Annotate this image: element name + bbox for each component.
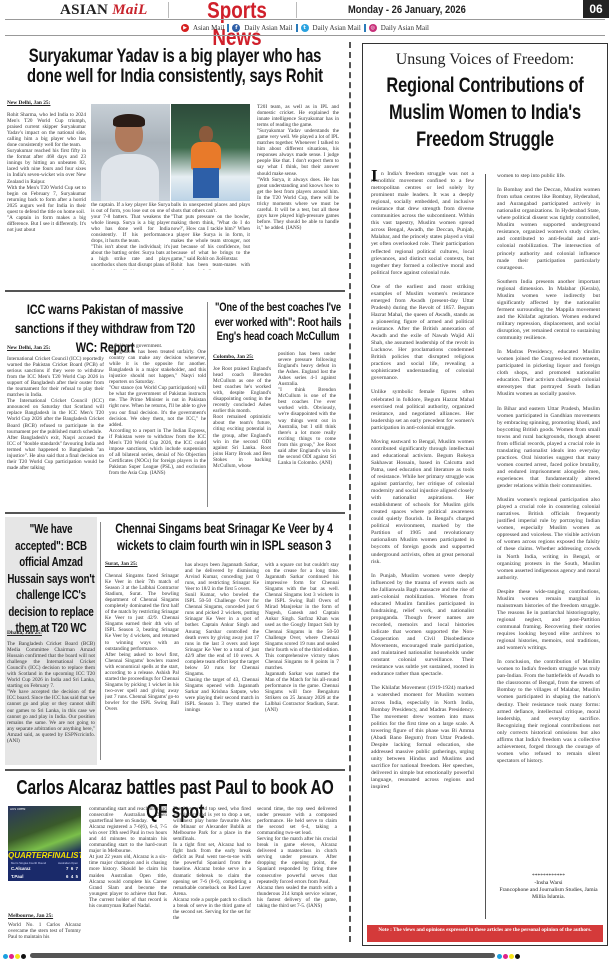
social-link-twitter[interactable]: Daily Asian Mail — [313, 24, 361, 32]
column-separator — [349, 42, 351, 942]
headline: "We have accepted": BCB official Amzad H… — [6, 521, 96, 637]
social-link-facebook[interactable]: Daily Asian Mail — [244, 24, 292, 32]
article-body-col2: the captain. If a key player like Surya … — [91, 202, 170, 270]
article-body-col1: Joe Root praised England's head coach Br… — [213, 366, 271, 494]
article-body: The Bangladesh Cricket Board (BCB) Media… — [7, 641, 95, 761]
article-body-col4: T20I team, as well as in IPL and domesti… — [257, 104, 339, 270]
score-row-alcaraz: C.Alcaraz7 6 7 — [11, 866, 78, 871]
dateline: Colombo, Jan 25: — [213, 354, 254, 360]
dateline: New Delhi, Jan 25: — [7, 345, 50, 351]
facebook-icon: f — [232, 24, 240, 32]
print-registration-marks — [3, 952, 26, 960]
article-body-col2: has always been Jagannath Sarkar, and he… — [185, 562, 259, 759]
article-body-col1: n India's freedom struggle was not a mon… — [371, 171, 474, 921]
article-unsung-voices: Unsung Voices of Freedom: Regional Contr… — [362, 43, 608, 946]
author-name: -Insha Warsi — [497, 880, 600, 886]
scoreboard-title: QUARTERFINALIST — [8, 851, 81, 860]
social-links: ▶Asian Mail fDaily Asian Mail tDaily Asi… — [0, 21, 610, 35]
logo: ASIAN MaiL — [60, 2, 148, 19]
article-body-col1: World No. 1 Carlos Alcaraz overcame the … — [8, 922, 81, 944]
scoreboard-tag: AUS OPEN — [10, 807, 25, 811]
print-registration-marks — [497, 952, 520, 960]
issue-date: Monday - 26 January, 2026 — [348, 4, 459, 16]
social-link-youtube[interactable]: Asian Mail — [193, 24, 224, 32]
photo-alcaraz — [8, 806, 81, 851]
article-bcb: "We have accepted": BCB official Amzad H… — [5, 517, 97, 765]
divider — [296, 2, 297, 18]
masthead: ASIAN MaiL Sports News Monday - 26 Janua… — [0, 0, 610, 40]
score-row-paul: T.Paul6 4 5 — [11, 874, 78, 879]
print-bar — [30, 953, 495, 958]
article-body-col2: position has been under severe pressure … — [278, 351, 336, 494]
youtube-icon: ▶ — [181, 24, 189, 32]
page-number: 06 — [583, 0, 609, 18]
article-body-col3: balls in unexpected places and plays sho… — [171, 202, 250, 270]
article-body-col1: Rohit Sharma, who led India to 2024 Men'… — [7, 112, 86, 238]
kicker: Unsung Voices of Freedom: — [363, 51, 607, 69]
article-surya: Suryakumar Yadav is a big player who has… — [5, 42, 345, 290]
dateline: Melbourne, Jan 25: — [8, 913, 53, 919]
article-body-col2: commanding start and reach his third con… — [89, 806, 167, 944]
dateline: Dhaka, Jan 25: — [7, 630, 42, 636]
article-ispl: Chennai Singams beat Srinagar Ke Veer by… — [103, 517, 345, 767]
separator-stars: ************ — [497, 873, 600, 879]
article-body-col3: The 22-year-old top seed, who fired 35 w… — [173, 806, 251, 944]
article-body-col3: with a square cut but couldn't stay on t… — [265, 562, 339, 759]
dateline: Surat, Jan 25: — [105, 561, 138, 567]
scoreboard-image: AUS OPEN QUARTERFINALIST Men's Singles F… — [8, 806, 81, 881]
headline: "One of the best coaches I've ever worke… — [213, 300, 342, 344]
dateline: New Delhi, Jan 25: — [7, 100, 50, 106]
author-affiliation: Francophone and Journalism Studies, Jami… — [497, 887, 600, 901]
article-body-col2: women to step into public life. In Bomba… — [497, 173, 600, 873]
twitter-icon: t — [301, 24, 309, 32]
article-body-col1: Chennai Singams faced Srinagar Ke Veer i… — [105, 573, 179, 759]
headline: Regional Contributions of Muslim Women t… — [368, 72, 602, 153]
article-body-col2: to Pakistan's government. "Bangladesh ha… — [109, 343, 206, 490]
photo-rohit-sharma — [91, 104, 170, 201]
article-root-mccullum: "One of the best coaches I've ever worke… — [211, 295, 345, 510]
headline: Chennai Singams beat Srinagar Ke Veer by… — [109, 521, 338, 554]
article-icc-pakistan: ICC warns Pakistan of massive sanctions … — [5, 295, 205, 510]
photo-suryakumar-yadav — [171, 104, 250, 201]
social-link-instagram[interactable]: Daily Asian Mail — [381, 24, 429, 32]
article-body-col4: second time, the top seed delivered unde… — [257, 806, 337, 944]
instagram-icon: ◎ — [369, 24, 377, 32]
headline: Suryakumar Yadav is a big player who has… — [19, 47, 331, 87]
article-body-col1: International Cricket Council (ICC) repo… — [7, 356, 104, 490]
divider — [168, 2, 169, 18]
disclaimer-note: Note : The views and opinions expressed … — [367, 925, 603, 942]
